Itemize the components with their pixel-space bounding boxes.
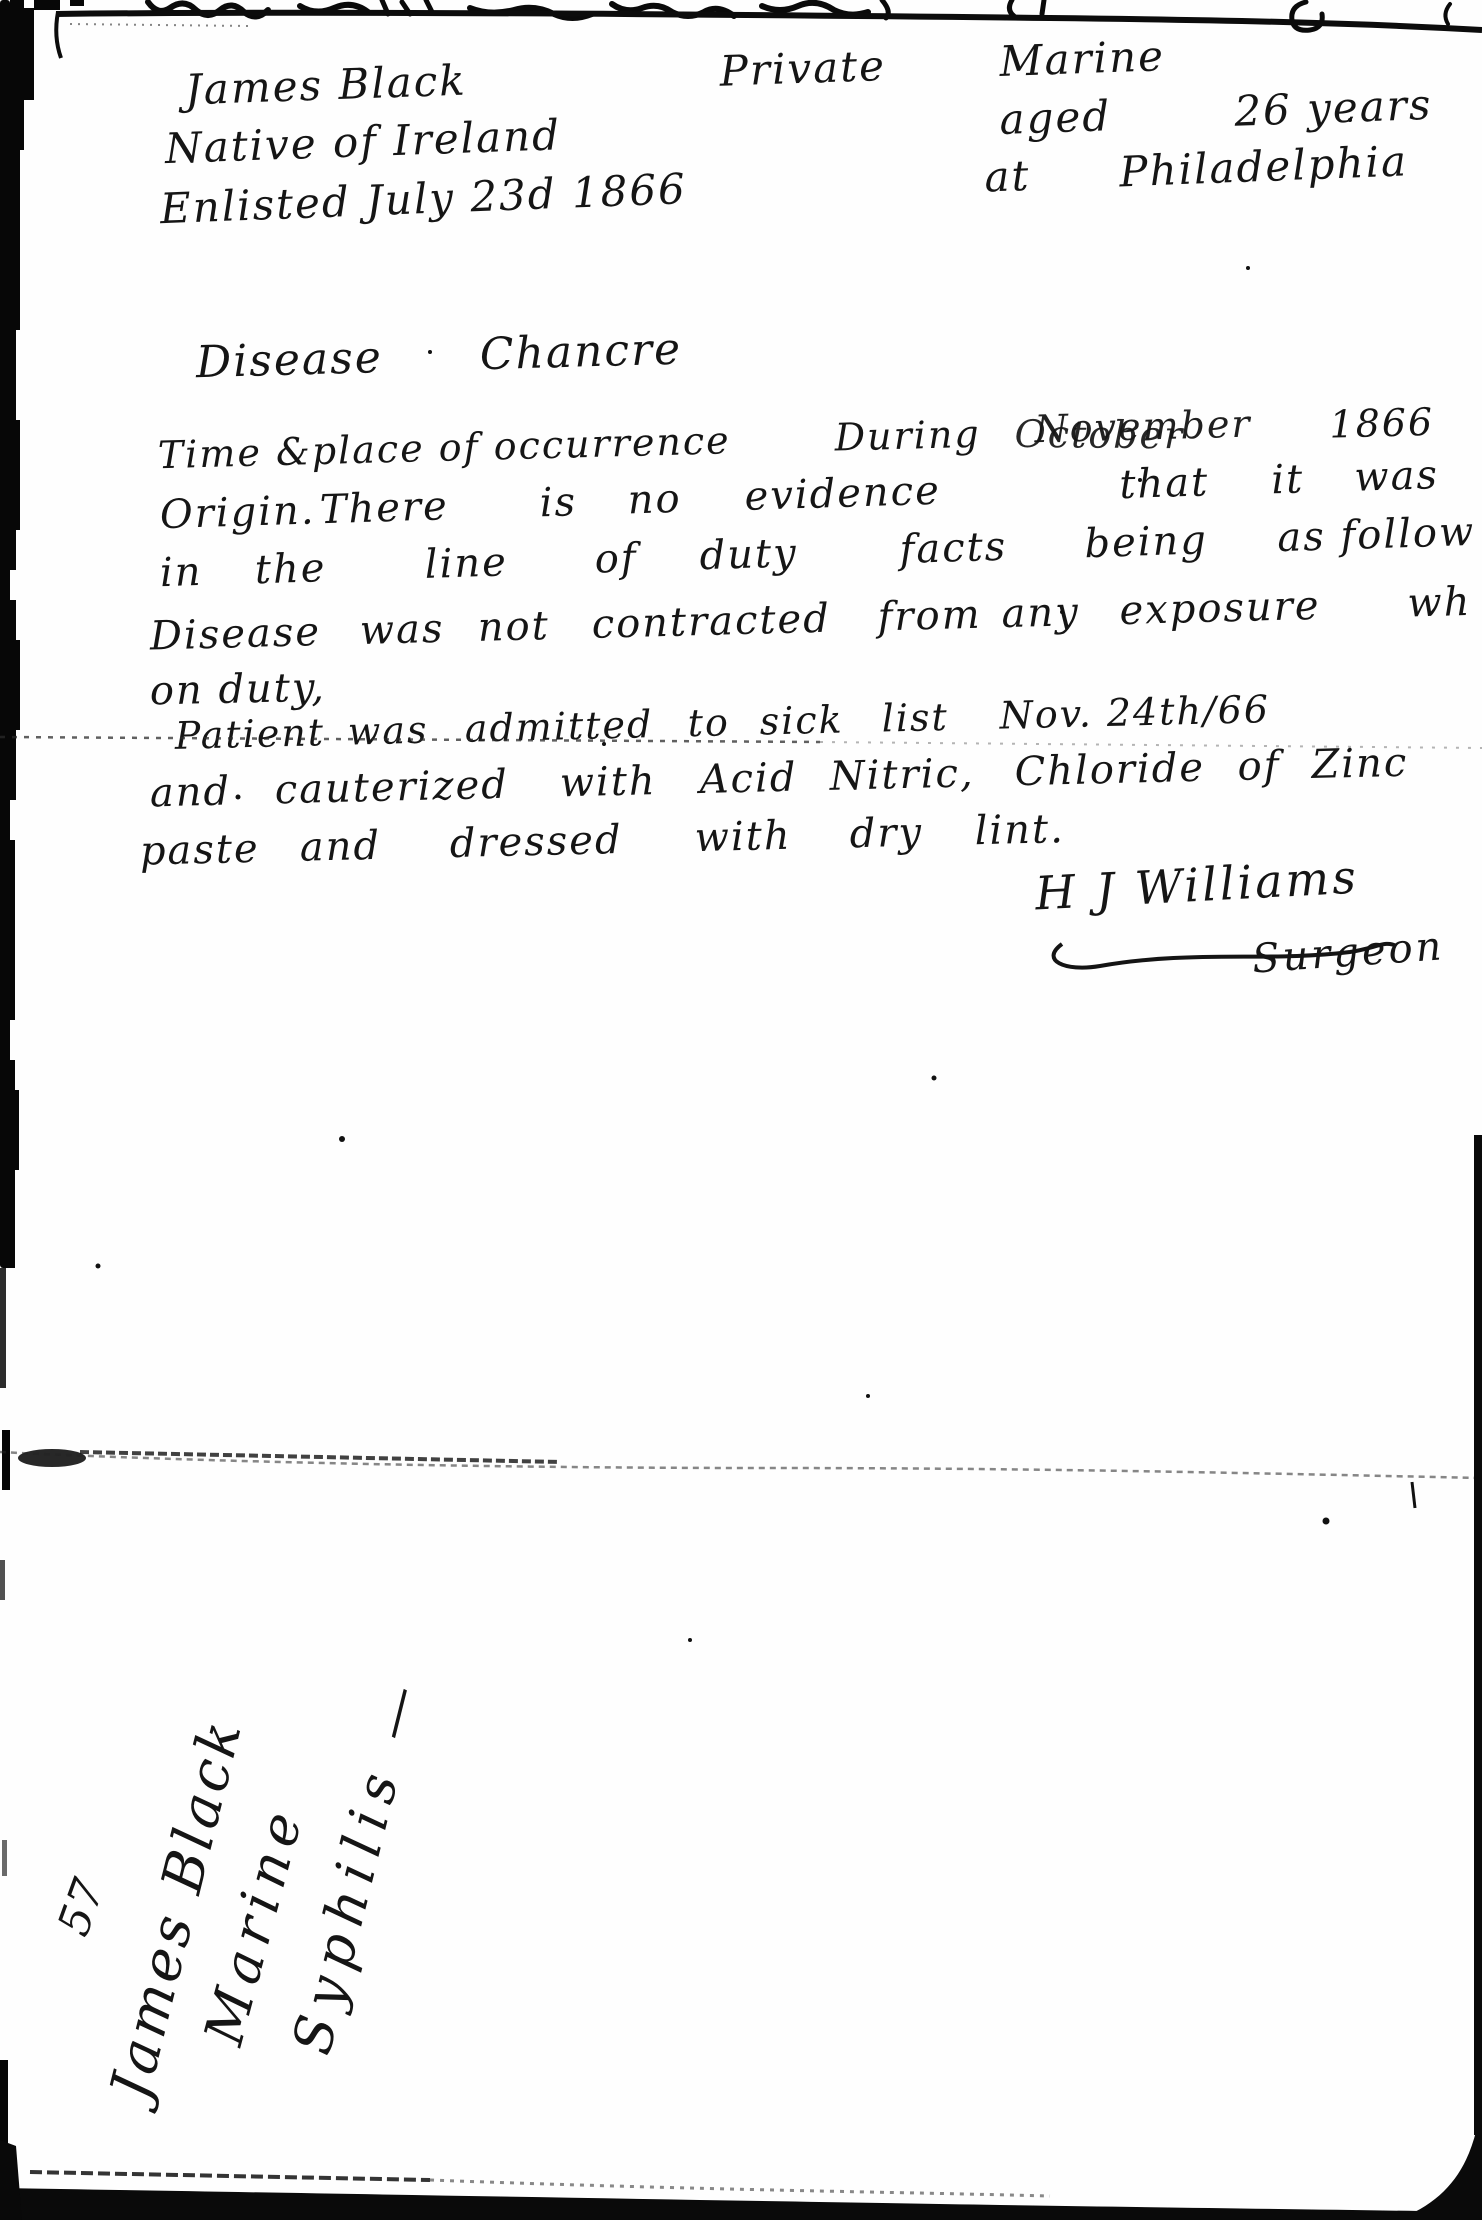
- handwritten-word: evidence: [744, 468, 942, 520]
- handwritten-word: duty: [699, 530, 798, 579]
- handwritten-word: and: [149, 768, 231, 816]
- handwritten-word: Zinc: [1311, 740, 1409, 788]
- handwritten-word: is: [539, 479, 578, 526]
- handwritten-word: and: [299, 823, 381, 871]
- docket-number: 57: [48, 1872, 115, 1942]
- handwritten-word: at: [983, 151, 1031, 202]
- handwritten-word: Patient: [174, 710, 325, 758]
- handwritten-word: sick: [759, 697, 844, 743]
- handwritten-word: facts: [899, 524, 1008, 573]
- handwritten-word: being: [1084, 517, 1209, 567]
- handwritten-word: that: [1119, 459, 1210, 508]
- handwritten-word: Private: [719, 41, 887, 96]
- docket-disease: Syphilis —: [280, 1669, 435, 2060]
- handwritten-word: lint.: [974, 806, 1065, 854]
- handwritten-word: the: [254, 545, 327, 593]
- handwritten-word: dry: [849, 810, 923, 858]
- handwritten-word: was: [1354, 452, 1440, 501]
- handwritten-word: it: [1271, 456, 1305, 503]
- handwritten-word: Marine: [999, 31, 1166, 86]
- handwritten-word: of: [594, 535, 638, 582]
- handwritten-word: Origin.: [159, 487, 316, 538]
- handwritten-word: list: [881, 695, 949, 741]
- handwritten-word: as follow: [1277, 509, 1476, 561]
- handwritten-word: in: [159, 549, 203, 596]
- handwritten-word: any: [1001, 589, 1080, 637]
- handwritten-word: of: [1237, 743, 1281, 790]
- handwritten-word: November: [1034, 402, 1252, 452]
- handwritten-word: 26 years: [1233, 80, 1433, 136]
- scanned-document-page: James Black Private Marine Native of Ire…: [0, 0, 1482, 2220]
- handwritten-word: Acid: [699, 755, 798, 803]
- handwritten-word: from: [877, 592, 982, 641]
- handwritten-word: Time &place of occurrence: [157, 418, 731, 477]
- handwritten-word: Chancre: [479, 324, 683, 381]
- handwritten-word: was: [347, 708, 429, 754]
- handwritten-word: Nitric,: [829, 750, 975, 800]
- handwritten-word: was: [359, 606, 445, 654]
- handwritten-word: Philadelphia: [1118, 136, 1408, 196]
- handwritten-word: Disease: [149, 609, 321, 659]
- handwritten-word: Chloride: [1014, 745, 1206, 796]
- handwritten-word: no: [627, 476, 682, 524]
- handwritten-word: with: [559, 758, 657, 806]
- handwritten-word: exposure: [1119, 583, 1321, 634]
- handwritten-word: aged: [999, 91, 1112, 144]
- handwritten-word: not: [477, 603, 550, 651]
- handwritten-word: line: [424, 539, 508, 588]
- handwritten-word: Disease: [195, 332, 383, 388]
- handwritten-word: cauterized: [274, 762, 509, 814]
- handwritten-word: James Black: [184, 56, 467, 115]
- handwritten-word: dressed: [449, 817, 623, 867]
- handwritten-word: Nov. 24th/66: [999, 687, 1270, 738]
- handwritten-word: wh: [1407, 579, 1472, 627]
- handwritten-word: During: [834, 412, 981, 460]
- handwritten-word: admitted: [464, 702, 654, 751]
- handwritten-word: to: [687, 700, 730, 745]
- handwritten-word: with: [694, 813, 792, 861]
- record-line-disease: Disease Chancre: [0, 301, 1482, 412]
- surgeon-title: Surgeon: [1251, 923, 1446, 982]
- handwritten-word: paste: [139, 826, 260, 875]
- handwritten-text-layer: James Black Private Marine Native of Ire…: [0, 0, 1482, 2220]
- handwritten-word: 1866: [1329, 400, 1435, 447]
- handwritten-word: on duty,: [149, 665, 326, 715]
- handwritten-word: contracted: [591, 596, 831, 648]
- handwritten-word: There: [319, 483, 449, 533]
